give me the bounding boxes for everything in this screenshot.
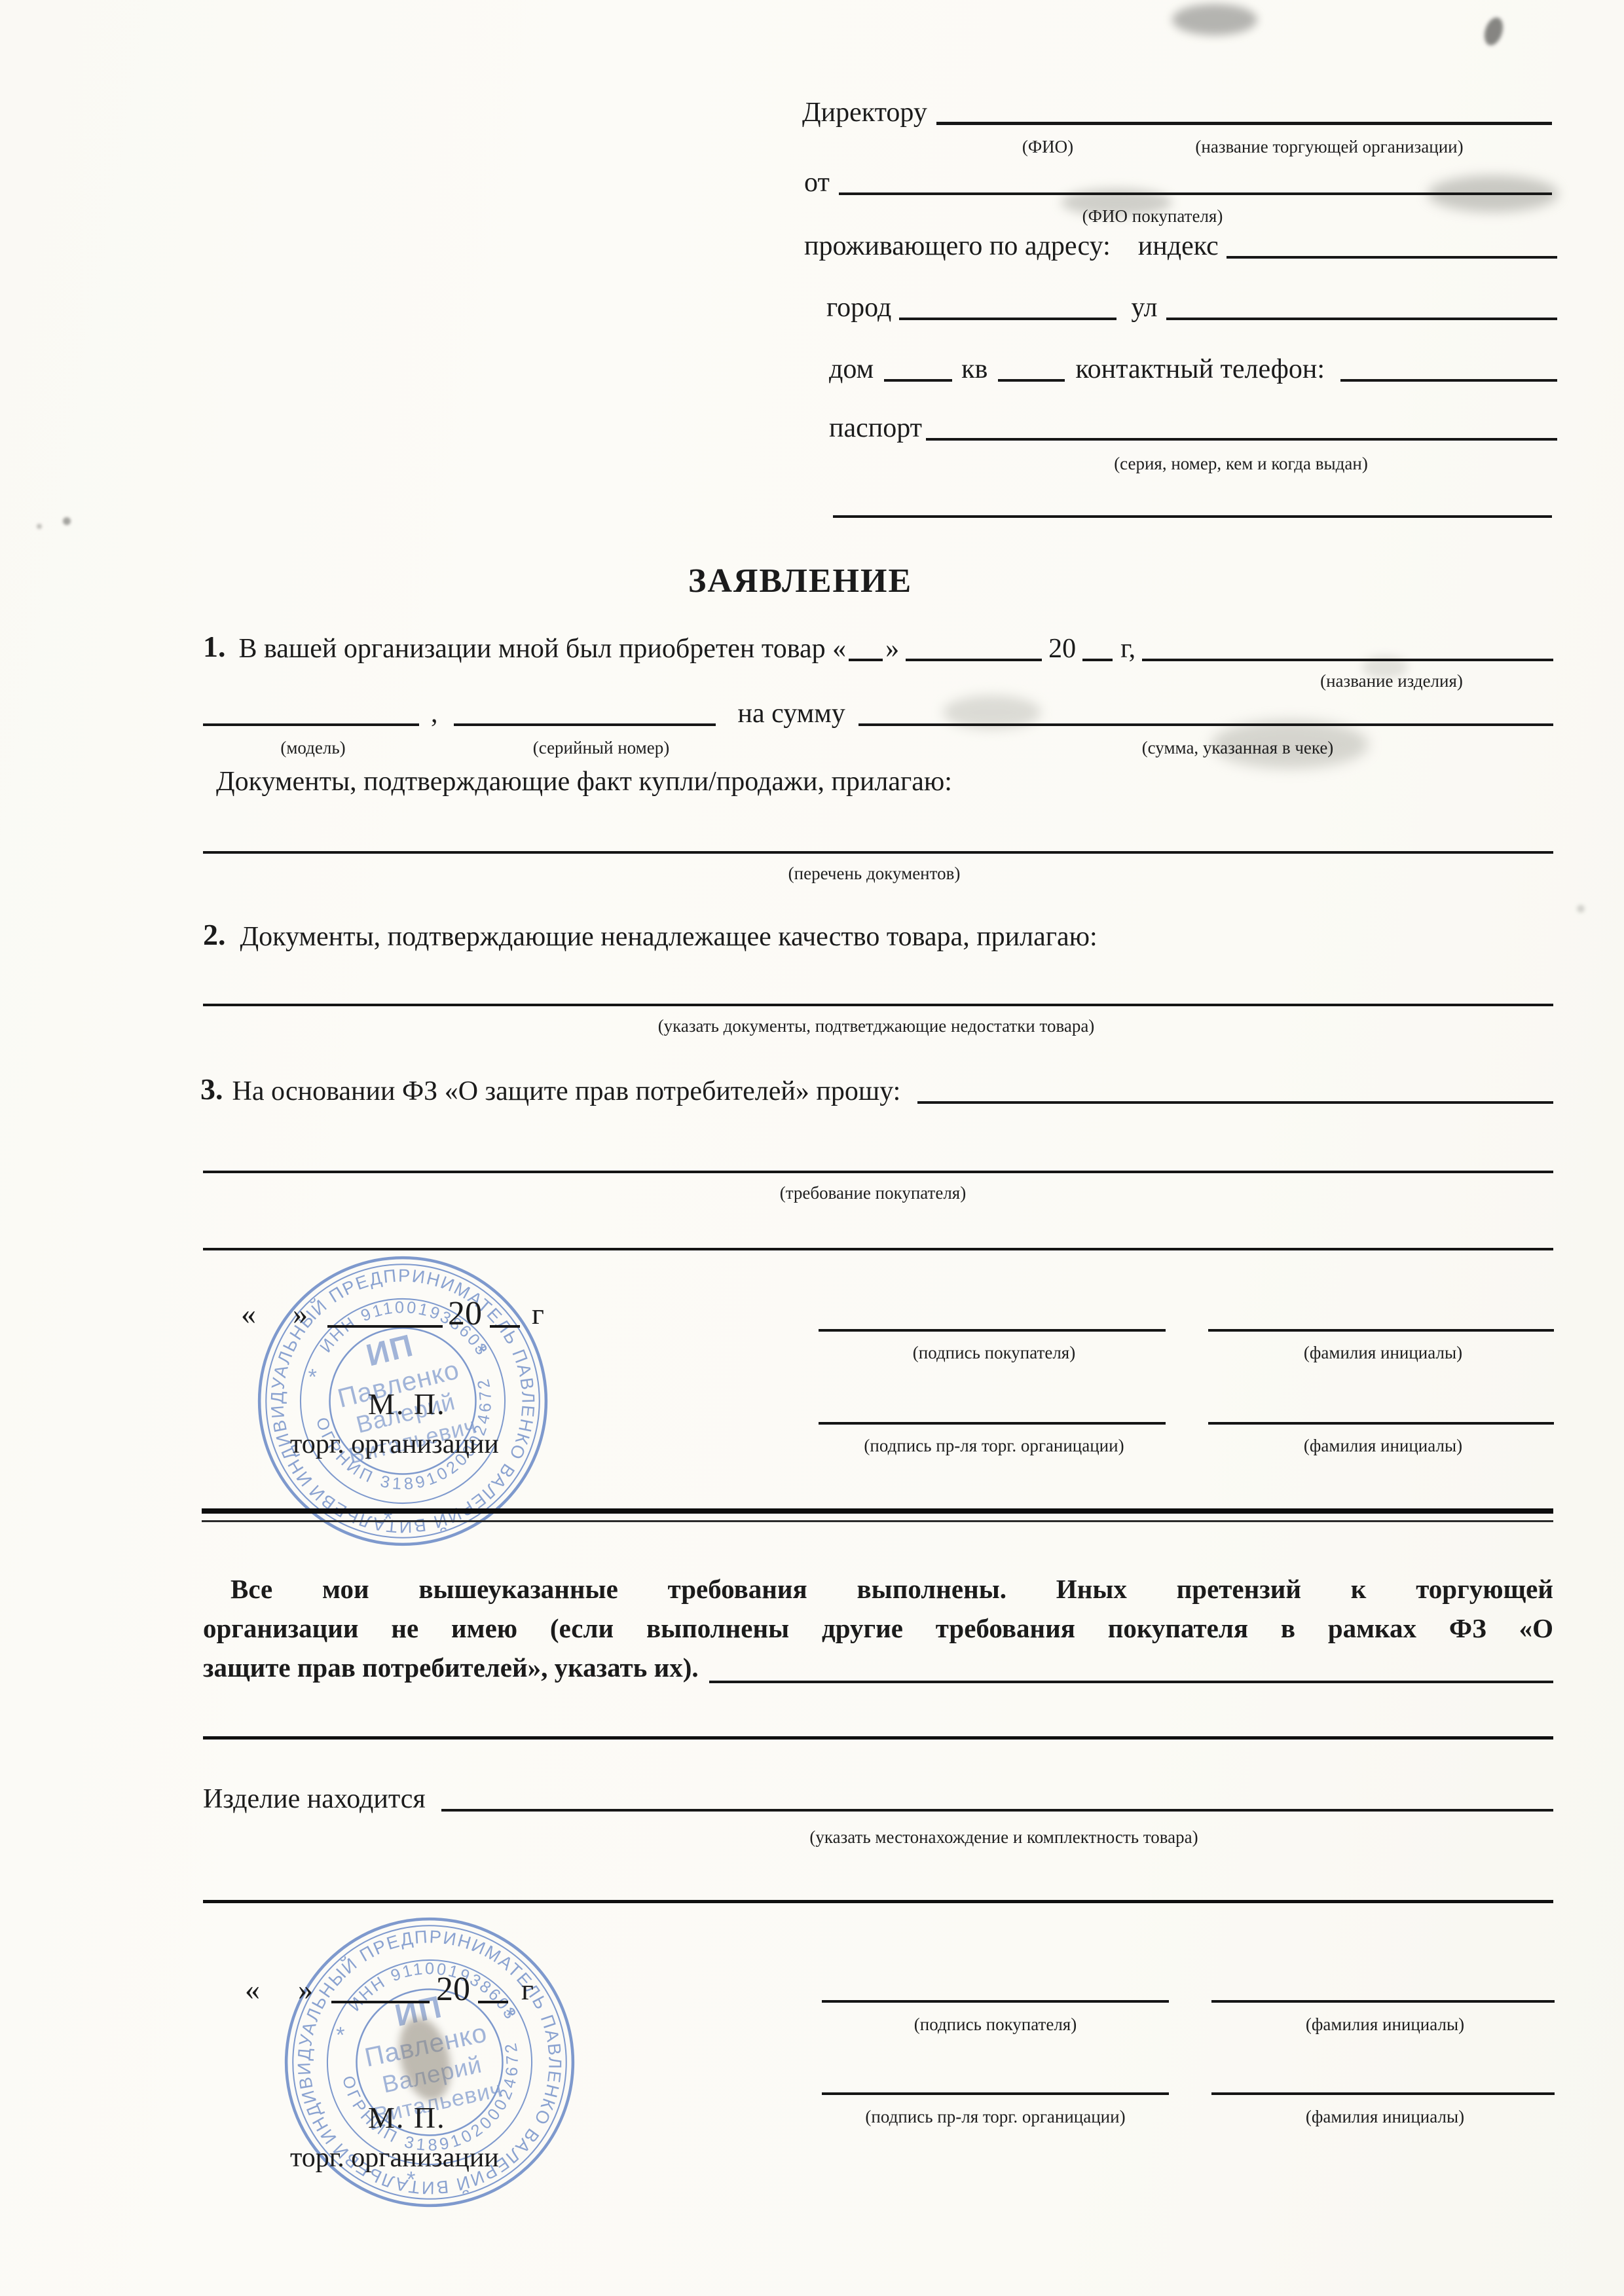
item1-number: 1. — [203, 630, 226, 665]
seller-signature-hint: (подпись пр-ля торг. органицации) — [864, 1436, 1124, 1456]
date-quote-open: « — [245, 1972, 260, 2007]
product-name-blank-line — [1142, 657, 1553, 661]
item2-number: 2. — [203, 918, 226, 953]
org-label: торг. организации — [290, 1429, 499, 1460]
scan-smudge — [1577, 905, 1585, 913]
month-blank-line — [906, 657, 1042, 661]
buyer-surname-line — [1211, 2000, 1555, 2003]
item1-row1: 1. В вашей организации мной был приобрет… — [203, 630, 1553, 665]
seller-signature-line — [822, 2092, 1169, 2095]
stamp-star-icon: * — [477, 1339, 486, 1364]
serial-hint: (серийный номер) — [533, 738, 669, 758]
closing-paragraph-line1: Все мои вышеуказанные требования выполне… — [203, 1570, 1553, 1608]
from-label: от — [804, 167, 830, 198]
surname-hint: (фамилия инициалы) — [1304, 1343, 1462, 1363]
section-divider — [202, 1508, 1553, 1522]
item1-docs-text: Документы, подтверждающие факт купли/про… — [216, 766, 952, 797]
sign2-date-row: « » 20 г — [245, 1972, 534, 2007]
header-director-row: Директору — [802, 97, 1552, 128]
street-label: ул — [1131, 292, 1157, 323]
date-quote-open: « — [241, 1296, 256, 1331]
item2-row: 2. Документы, подтверждающие ненадлежаще… — [203, 918, 1098, 953]
seller-signature-hint: (подпись пр-ля торг. органицации) — [865, 2107, 1125, 2127]
mp-label: М. П. — [368, 1387, 446, 1421]
date-year-suffix: г — [521, 1972, 534, 2007]
passport-label: паспорт — [829, 412, 922, 444]
passport-hint: (серия, номер, кем и когда выдан) — [1114, 454, 1368, 474]
serial-blank-line — [454, 722, 716, 726]
item2-text: Документы, подтверждающие ненадлежащее к… — [240, 921, 1098, 953]
item3-row: 3. На основании ФЗ «О защите прав потреб… — [200, 1072, 1553, 1107]
item1-year-suffix: г, — [1120, 633, 1135, 665]
org-label: торг. организации — [290, 2142, 499, 2174]
flat-label: кв — [961, 354, 987, 385]
buyer-signature-line — [819, 1329, 1166, 1332]
scan-smudge — [1481, 15, 1506, 48]
sum-label: на сумму — [738, 698, 845, 729]
header-extra-blank-line — [833, 515, 1552, 518]
date-year-suffix: г — [532, 1296, 544, 1331]
item1-docs-row: Документы, подтверждающие факт купли/про… — [216, 766, 952, 797]
date-quote-close: » — [298, 1972, 313, 2007]
org-name-hint: (название торгующей организации) — [1195, 137, 1463, 157]
buyer-signature-hint: (подпись покупателя) — [913, 1343, 1075, 1363]
docs-list-blank-line — [203, 851, 1553, 854]
seller-surname-line — [1208, 1422, 1554, 1425]
item1-comma: , — [431, 698, 438, 729]
header-passport-row: паспорт — [829, 412, 1557, 444]
defect-docs-hint: (указать документы, подтветджающие недос… — [658, 1017, 1095, 1036]
house-blank-line — [884, 378, 952, 382]
seller-signature-line — [819, 1422, 1166, 1425]
closing-paragraph-line2: организации не имею (если выполнены друг… — [203, 1609, 1553, 1647]
page-title: ЗАЯВЛЕНИЕ — [688, 562, 912, 600]
flat-blank-line — [998, 378, 1065, 382]
location-hint: (указать местонахождение и комплектность… — [809, 1828, 1198, 1848]
demand-blank-line — [203, 1171, 1553, 1173]
residing-label: проживающего по адресу: — [804, 230, 1111, 262]
closing-paragraph-line3: защите прав потребителей», указать их). — [203, 1649, 1553, 1686]
scanned-claim-form-page: ИНДИВИДУАЛЬНЫЙ ПРЕДПРИНИМАТЕЛЬ ПАВЛЕНКО … — [0, 0, 1624, 2296]
passport-blank-line — [926, 437, 1557, 441]
location-row: Изделие находится — [203, 1783, 1553, 1815]
model-hint: (модель) — [280, 738, 345, 758]
sum-hint: (сумма, указанная в чеке) — [1142, 738, 1334, 758]
closing-text-3: защите прав потребителей», указать их). — [203, 1649, 699, 1686]
sign1-mp-row: М. П. — [368, 1387, 446, 1421]
item1-row2: , на сумму — [203, 698, 1553, 729]
sign2-org-row: торг. организации — [290, 2142, 499, 2174]
buyer-signature-line — [822, 2000, 1169, 2003]
product-name-hint: (название изделия) — [1320, 672, 1463, 691]
surname-hint: (фамилия инициалы) — [1306, 2107, 1464, 2127]
mp-label: М. П. — [368, 2100, 446, 2135]
stamp-star-icon: * — [335, 2023, 345, 2048]
closing-text-1: Все мои вышеуказанные требования выполне… — [231, 1574, 1553, 1604]
from-blank-line — [839, 191, 1552, 195]
closing-text-2: организации не имею (если выполнены друг… — [203, 1613, 1553, 1643]
other-demands-blank-line — [709, 1679, 1553, 1683]
date-year: 20 — [448, 1297, 482, 1331]
seller-surname-line — [1211, 2092, 1555, 2095]
header-address-row: проживающего по адресу: индекс — [804, 230, 1557, 262]
item1-text: В вашей организации мной был приобретен … — [239, 633, 847, 665]
scan-smudge — [63, 517, 71, 525]
closing-extra-blank-line — [203, 1736, 1553, 1740]
extra-blank-line — [203, 1248, 1553, 1250]
surname-hint: (фамилия инициалы) — [1306, 2015, 1464, 2035]
date-year-blank — [490, 1324, 520, 1328]
day-blank-line — [849, 657, 883, 661]
item1-year: 20 — [1048, 633, 1076, 665]
buyer-signature-hint: (подпись покупателя) — [914, 2015, 1077, 2035]
date-year: 20 — [436, 1973, 470, 2007]
fio-hint: (ФИО) — [1022, 137, 1073, 157]
year-blank-line — [1082, 657, 1113, 661]
docs-list-hint: (перечень документов) — [788, 864, 961, 884]
city-blank-line — [899, 316, 1116, 320]
buyer-fio-hint: (ФИО покупателя) — [1082, 207, 1223, 227]
date-month-blank — [331, 1999, 430, 2003]
sign1-org-row: торг. организации — [290, 1429, 499, 1460]
header-from-row: от — [804, 167, 1552, 198]
house-label: дом — [829, 354, 874, 385]
sign2-mp-row: М. П. — [368, 2100, 446, 2135]
stamp-star-icon: * — [308, 1365, 316, 1390]
item1-quote-close: » — [885, 633, 899, 665]
director-label: Директору — [802, 97, 927, 128]
date-quote-close: » — [293, 1296, 308, 1331]
index-blank-line — [1227, 255, 1557, 259]
sign1-date-row: « » 20 г — [241, 1296, 544, 1331]
item3-number: 3. — [200, 1072, 223, 1107]
street-blank-line — [1166, 316, 1557, 320]
demand-blank-line-start — [917, 1100, 1553, 1104]
city-label: город — [826, 292, 891, 323]
scan-smudge — [37, 524, 42, 529]
stamp-star-icon: * — [506, 2003, 515, 2028]
location-blank-line — [441, 1808, 1553, 1812]
scan-smudge — [1172, 4, 1257, 35]
director-blank-line — [936, 120, 1552, 125]
header-city-row: город ул — [826, 292, 1557, 323]
header-house-row: дом кв контактный телефон: — [829, 354, 1557, 385]
date-month-blank — [327, 1324, 443, 1328]
sum-blank-line — [858, 722, 1553, 726]
phone-blank-line — [1340, 378, 1557, 382]
buyer-surname-line — [1208, 1329, 1554, 1332]
item3-text: На основании ФЗ «О защите прав потребите… — [232, 1076, 901, 1107]
index-label: индекс — [1138, 230, 1219, 262]
location-label: Изделие находится — [203, 1783, 426, 1815]
defect-docs-blank-line — [203, 1004, 1553, 1006]
phone-label: контактный телефон: — [1075, 354, 1325, 385]
surname-hint: (фамилия инициалы) — [1304, 1436, 1462, 1456]
date-year-blank — [478, 1999, 508, 2003]
location-extra-blank-line — [203, 1900, 1553, 1903]
model-blank-line — [203, 722, 419, 726]
demand-hint: (требование покупателя) — [780, 1184, 966, 1203]
